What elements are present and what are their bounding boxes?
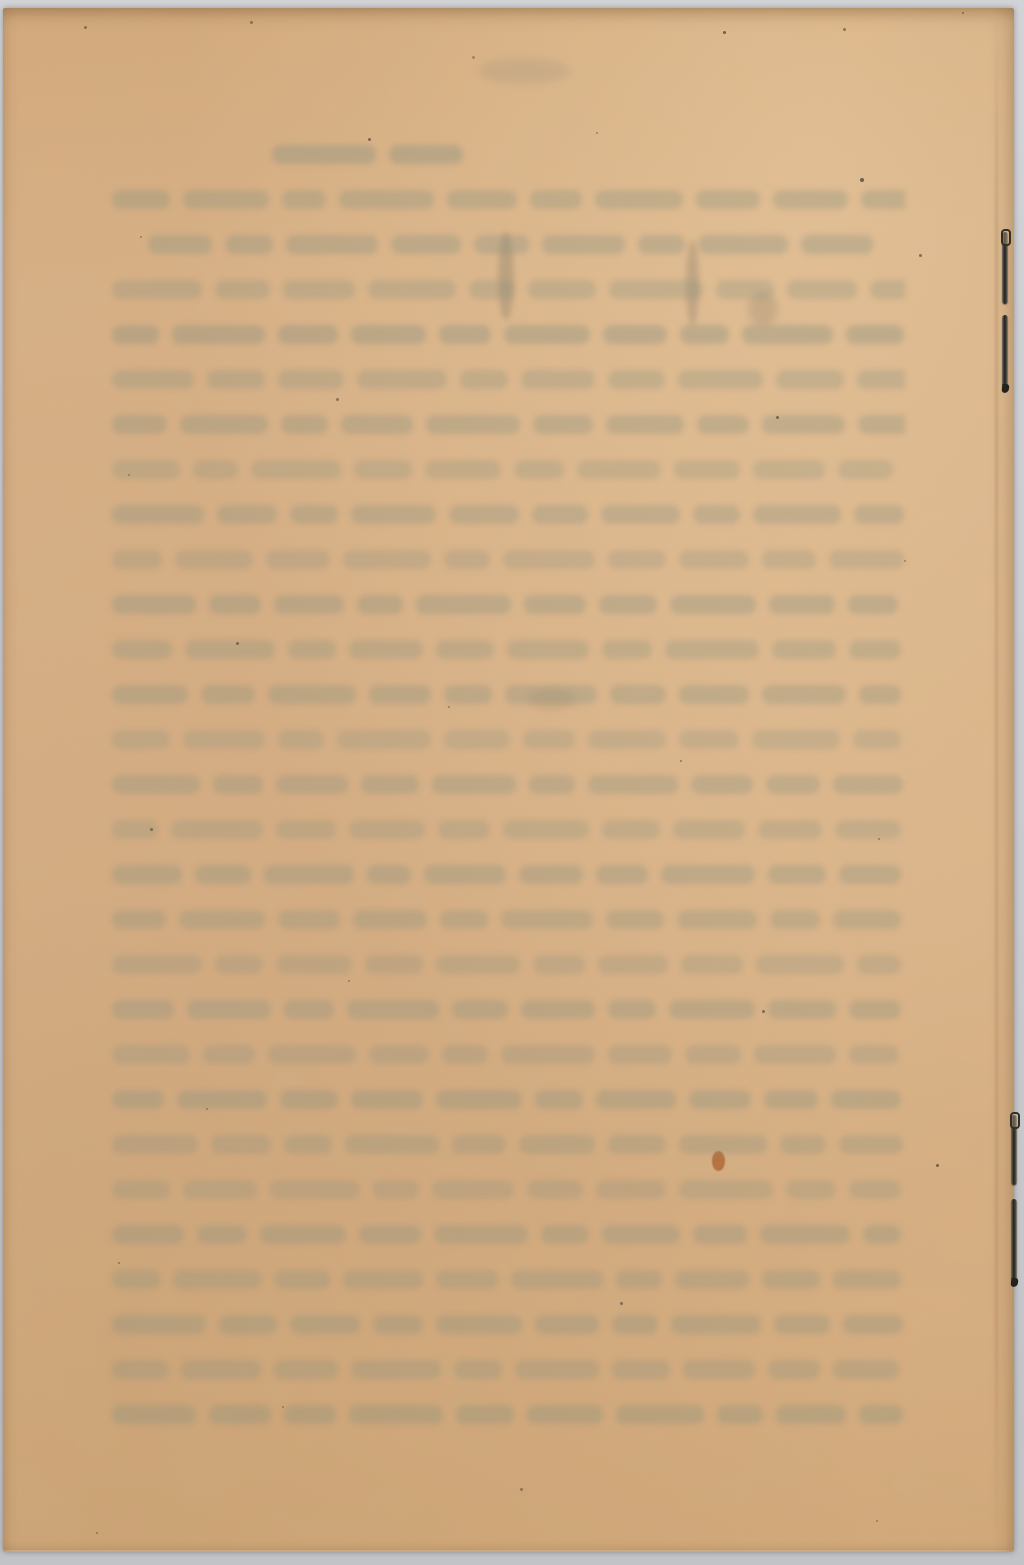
- ghost-word: [679, 550, 749, 569]
- paper-speck: [876, 1520, 878, 1522]
- ghost-word: [612, 1315, 658, 1334]
- ghost-word: [671, 1315, 761, 1334]
- page-fold-line: [995, 8, 998, 1552]
- ghost-word: [447, 190, 517, 209]
- ghost-text-line: [112, 730, 905, 749]
- ghost-word: [276, 955, 352, 974]
- paper-speck: [348, 980, 350, 982]
- ghost-word: [515, 1360, 599, 1379]
- paper-speck: [368, 138, 371, 141]
- ghost-word: [201, 685, 255, 704]
- ghost-word: [180, 415, 268, 434]
- ghost-text-line: [112, 190, 905, 209]
- ghost-text-line: [112, 280, 905, 299]
- ghost-text-line: [112, 235, 905, 254]
- ghost-word: [773, 190, 848, 209]
- ghost-word: [353, 910, 427, 929]
- ghost-word: [266, 550, 330, 569]
- ghost-word: [766, 775, 820, 794]
- staple-wire-upper: [1002, 232, 1008, 304]
- ghost-word: [251, 460, 341, 479]
- ghost-text-line: [112, 370, 905, 389]
- ghost-text-line: [112, 1360, 905, 1379]
- ghost-word: [278, 910, 340, 929]
- ghost-word: [112, 1405, 196, 1424]
- ghost-text-line: [112, 1405, 905, 1424]
- ghost-word: [365, 955, 423, 974]
- ghost-word: [753, 505, 841, 524]
- ghost-word: [112, 865, 182, 884]
- ghost-word: [183, 1180, 257, 1199]
- ghost-word: [683, 1360, 755, 1379]
- ghost-text-line: [112, 865, 905, 884]
- ghost-word: [691, 775, 753, 794]
- ghost-word: [357, 370, 447, 389]
- ghost-text-line: [112, 1000, 905, 1019]
- ghost-word: [112, 1315, 206, 1334]
- ghost-word: [288, 640, 336, 659]
- ghost-word: [343, 1270, 423, 1289]
- ghost-word: [112, 415, 167, 434]
- ghost-word: [752, 730, 840, 749]
- paper-speck: [472, 56, 475, 59]
- paper-speck: [520, 1488, 523, 1491]
- ghost-word: [511, 1270, 603, 1289]
- staple-wire-lower: [1011, 1199, 1017, 1285]
- ghost-word: [280, 1090, 338, 1109]
- ghost-word: [112, 1360, 168, 1379]
- ghost-word: [195, 865, 251, 884]
- ghost-word: [608, 370, 665, 389]
- paper-speck: [96, 1532, 98, 1534]
- ghost-word: [588, 775, 678, 794]
- ghost-text-line: [112, 1090, 905, 1109]
- ghost-text-line: [112, 955, 905, 974]
- ghost-word: [351, 1090, 423, 1109]
- ghost-word: [215, 955, 263, 974]
- ghost-word: [696, 190, 760, 209]
- ghost-word: [835, 820, 901, 839]
- ghost-text-line: [112, 685, 905, 704]
- ghost-word: [432, 775, 516, 794]
- ghost-word: [219, 1315, 277, 1334]
- ghost-word: [833, 775, 903, 794]
- ghost-word: [183, 730, 265, 749]
- ghost-word: [542, 235, 625, 254]
- ghost-word: [436, 1090, 522, 1109]
- ghost-word: [787, 280, 857, 299]
- ghost-word: [685, 1045, 741, 1064]
- ghost-text-line: [112, 415, 905, 434]
- ghost-word: [857, 370, 905, 389]
- ghost-word: [596, 1090, 676, 1109]
- ghost-word: [260, 1225, 346, 1244]
- ghost-word: [762, 685, 846, 704]
- ghost-word: [112, 1135, 198, 1154]
- ghost-word: [368, 280, 456, 299]
- ghost-word: [112, 1225, 184, 1244]
- ghost-word: [112, 1270, 160, 1289]
- ghost-word: [270, 1180, 360, 1199]
- paper-speck: [762, 1010, 765, 1013]
- paper-speck: [904, 560, 906, 562]
- ghost-word: [774, 1315, 830, 1334]
- ghost-word: [501, 1045, 595, 1064]
- ghost-word: [762, 415, 845, 434]
- ghost-word: [213, 775, 263, 794]
- ghost-word: [274, 595, 344, 614]
- ghost-word: [440, 910, 488, 929]
- ghost-text-block: [112, 145, 905, 1450]
- ghost-word: [343, 550, 431, 569]
- ghost-word: [357, 595, 403, 614]
- ghost-word: [859, 685, 901, 704]
- ghost-word: [863, 1225, 901, 1244]
- ghost-word: [341, 415, 413, 434]
- staple-wire-upper: [1011, 1115, 1017, 1185]
- ghost-text-line: [112, 910, 905, 929]
- ghost-word: [211, 1135, 271, 1154]
- ghost-word: [772, 640, 836, 659]
- ghost-word: [680, 325, 729, 344]
- ghost-word: [452, 1135, 506, 1154]
- ghost-word: [762, 1270, 820, 1289]
- ghost-word: [217, 505, 277, 524]
- ghost-word: [284, 1000, 334, 1019]
- ghost-word: [670, 595, 756, 614]
- scanned-page: [0, 0, 1024, 1565]
- ghost-word: [268, 1045, 356, 1064]
- ghost-word: [460, 370, 508, 389]
- paper-speck: [843, 28, 846, 31]
- ghost-word: [444, 730, 510, 749]
- ghost-word: [507, 640, 589, 659]
- ghost-word: [674, 460, 740, 479]
- ghost-word: [524, 595, 586, 614]
- ghost-word: [369, 1045, 429, 1064]
- ghost-word: [764, 1090, 818, 1109]
- ghost-word: [193, 460, 238, 479]
- staple-bottom: [1011, 1115, 1019, 1285]
- paper-speck: [878, 838, 880, 840]
- ghost-word: [359, 1225, 421, 1244]
- ghost-word: [416, 595, 511, 614]
- ghost-word: [742, 325, 833, 344]
- ghost-word: [449, 505, 519, 524]
- ghost-word: [606, 910, 664, 929]
- ghost-word: [661, 865, 755, 884]
- ghost-word: [756, 955, 844, 974]
- ghost-word: [432, 1180, 514, 1199]
- ghost-word: [173, 1270, 261, 1289]
- ghost-word: [870, 280, 905, 299]
- ghost-word: [276, 775, 348, 794]
- ghost-word: [588, 730, 666, 749]
- ghost-word: [112, 1045, 190, 1064]
- ghost-text-line: [112, 460, 905, 479]
- ghost-word: [780, 1135, 826, 1154]
- ghost-word: [669, 1000, 755, 1019]
- ghost-word: [112, 685, 188, 704]
- ghost-word: [347, 1000, 439, 1019]
- ghost-word: [112, 1000, 174, 1019]
- ghost-word: [177, 1090, 267, 1109]
- ghost-word: [770, 910, 820, 929]
- ghost-word: [284, 1405, 336, 1424]
- ghost-word: [533, 415, 593, 434]
- ghost-word: [503, 820, 589, 839]
- ghost-word: [679, 685, 749, 704]
- ghost-word: [505, 685, 597, 704]
- ghost-word: [849, 1000, 901, 1019]
- ghost-word: [339, 190, 434, 209]
- ghost-word: [521, 370, 595, 389]
- paper-speck: [206, 1108, 208, 1110]
- ghost-word: [514, 460, 564, 479]
- ghost-word: [846, 325, 904, 344]
- ghost-word: [801, 235, 873, 254]
- ghost-word: [179, 910, 265, 929]
- ghost-word: [112, 775, 200, 794]
- ghost-word: [197, 1225, 247, 1244]
- paper-speck: [723, 31, 726, 34]
- ghost-word: [452, 1000, 508, 1019]
- ghost-word: [175, 550, 253, 569]
- paper-speck: [680, 760, 682, 762]
- ghost-word: [673, 820, 745, 839]
- ghost-word: [679, 1180, 773, 1199]
- ghost-word: [345, 1135, 439, 1154]
- ghost-word: [754, 1045, 836, 1064]
- paper-speck: [150, 828, 153, 831]
- ghost-word: [454, 1360, 502, 1379]
- ghost-word: [369, 685, 431, 704]
- ghost-text-line: [112, 325, 905, 344]
- ghost-text-line: [112, 640, 905, 659]
- ghost-word: [283, 280, 355, 299]
- ghost-word: [469, 280, 515, 299]
- ghost-word: [768, 1360, 820, 1379]
- ghost-word: [444, 685, 492, 704]
- ghost-word: [367, 865, 411, 884]
- ghost-word: [112, 730, 170, 749]
- paper-speck: [448, 706, 450, 708]
- ghost-word: [519, 865, 583, 884]
- ghost-word: [577, 460, 661, 479]
- ghost-word: [843, 1315, 903, 1334]
- ghost-word: [853, 730, 901, 749]
- ghost-word: [373, 1180, 419, 1199]
- ghost-text-line: [112, 1180, 905, 1199]
- ghost-word: [112, 280, 202, 299]
- ghost-word: [532, 505, 588, 524]
- ghost-word: [768, 1000, 836, 1019]
- ghost-word: [436, 1270, 498, 1289]
- staple-top: [1002, 232, 1010, 391]
- ghost-word: [665, 640, 759, 659]
- ghost-word: [849, 1180, 901, 1199]
- ghost-word: [758, 820, 822, 839]
- ghost-word: [638, 235, 685, 254]
- paper-speck: [596, 132, 598, 134]
- ghost-word: [424, 865, 506, 884]
- paper-speck: [118, 1262, 120, 1264]
- ghost-word: [612, 1360, 670, 1379]
- ghost-word: [207, 370, 265, 389]
- ghost-word: [596, 865, 648, 884]
- ghost-word: [716, 280, 774, 299]
- ghost-word: [112, 325, 159, 344]
- ghost-word: [601, 505, 680, 524]
- ghost-word: [776, 370, 844, 389]
- ghost-word: [442, 1045, 488, 1064]
- ghost-word: [286, 235, 378, 254]
- ghost-word: [849, 1045, 899, 1064]
- ghost-word: [391, 235, 461, 254]
- ghost-word: [769, 595, 835, 614]
- ghost-word: [284, 1135, 332, 1154]
- ghost-word: [112, 460, 180, 479]
- ghost-word: [349, 1405, 443, 1424]
- ghost-word: [278, 325, 338, 344]
- ghost-word: [351, 1360, 441, 1379]
- paper-speck: [84, 26, 87, 29]
- paper-speck: [962, 12, 964, 14]
- ghost-word: [833, 910, 901, 929]
- ghost-word: [183, 190, 269, 209]
- ghost-word: [698, 235, 788, 254]
- ghost-word: [678, 370, 763, 389]
- paper-speck: [936, 1164, 939, 1167]
- ghost-word: [351, 325, 426, 344]
- ghost-word: [529, 775, 575, 794]
- page-number-smudge: [478, 58, 570, 84]
- ghost-word: [171, 820, 263, 839]
- ghost-word: [689, 1090, 751, 1109]
- ghost-word: [717, 1405, 763, 1424]
- ghost-word: [290, 1315, 360, 1334]
- ghost-word: [831, 1090, 901, 1109]
- ghost-word: [530, 190, 582, 209]
- ghost-word: [501, 910, 593, 929]
- ghost-word: [753, 460, 825, 479]
- ghost-word: [693, 1225, 747, 1244]
- ghost-word: [187, 1000, 271, 1019]
- ghost-word: [693, 505, 740, 524]
- ghost-text-line: [112, 1045, 905, 1064]
- ghost-word: [436, 1315, 522, 1334]
- ghost-word: [444, 550, 490, 569]
- paper-speck: [620, 1302, 623, 1305]
- ghost-word: [535, 1090, 583, 1109]
- ghost-word: [697, 415, 749, 434]
- ghost-word: [436, 955, 520, 974]
- ghost-text-line: [112, 1225, 905, 1244]
- ghost-word: [535, 1315, 599, 1334]
- ghost-word: [504, 325, 590, 344]
- ghost-word: [349, 640, 423, 659]
- ghost-word: [438, 820, 490, 839]
- ghost-word: [426, 415, 520, 434]
- ghost-word: [112, 1090, 164, 1109]
- ghost-word: [599, 595, 657, 614]
- ghost-word: [533, 955, 585, 974]
- ghost-word: [354, 460, 412, 479]
- ghost-word: [854, 505, 904, 524]
- ghost-word: [112, 640, 172, 659]
- ghost-word: [849, 640, 901, 659]
- ghost-text-line: [112, 550, 905, 569]
- ghost-text-line: [112, 1315, 905, 1334]
- ghost-word: [527, 1180, 583, 1199]
- ghost-word: [857, 955, 901, 974]
- ghost-text-line: [112, 595, 905, 614]
- ghost-text-line: [112, 1135, 905, 1154]
- ghost-word: [679, 730, 739, 749]
- paper-speck: [336, 398, 339, 401]
- ghost-word: [268, 685, 356, 704]
- ghost-word: [760, 1225, 850, 1244]
- ghost-word: [859, 1405, 903, 1424]
- ghost-word: [602, 820, 660, 839]
- ghost-word: [541, 1225, 589, 1244]
- ghost-word: [272, 145, 376, 164]
- ghost-word: [436, 640, 494, 659]
- ghost-word: [351, 505, 436, 524]
- ghost-word: [595, 190, 683, 209]
- ghost-word: [602, 1225, 680, 1244]
- ghost-word: [148, 235, 212, 254]
- ghost-word: [839, 1135, 903, 1154]
- ghost-word: [361, 775, 419, 794]
- staple-wire-lower: [1002, 315, 1008, 391]
- ghost-word: [112, 1180, 170, 1199]
- ghost-word: [608, 1135, 666, 1154]
- ghost-text-line: [112, 505, 905, 524]
- ghost-word: [274, 1270, 330, 1289]
- ghost-word: [281, 415, 328, 434]
- ghost-word: [523, 730, 575, 749]
- ghost-word: [606, 415, 684, 434]
- ghost-word: [276, 820, 336, 839]
- ghost-word: [389, 145, 463, 164]
- ghost-word: [608, 1045, 672, 1064]
- ghost-word: [675, 1270, 749, 1289]
- ghost-word: [264, 865, 354, 884]
- ghost-word: [274, 1360, 338, 1379]
- ghost-word: [425, 460, 501, 479]
- ghost-word: [521, 1000, 595, 1019]
- ghost-word: [112, 550, 162, 569]
- ghost-word: [112, 190, 170, 209]
- ghost-word: [768, 865, 826, 884]
- ghost-word: [112, 370, 194, 389]
- ghost-word: [861, 190, 905, 209]
- ghost-word: [278, 730, 324, 749]
- ghost-word: [172, 325, 265, 344]
- paper-speck: [919, 254, 922, 257]
- ghost-word: [519, 1135, 595, 1154]
- ghost-word: [681, 955, 743, 974]
- ghost-word: [474, 235, 529, 254]
- ghost-word: [609, 280, 703, 299]
- ghost-word: [278, 370, 344, 389]
- ghost-word: [112, 910, 166, 929]
- ghost-word: [616, 1405, 704, 1424]
- ghost-word: [456, 1405, 514, 1424]
- ghost-word: [434, 1225, 528, 1244]
- ghost-word: [373, 1315, 423, 1334]
